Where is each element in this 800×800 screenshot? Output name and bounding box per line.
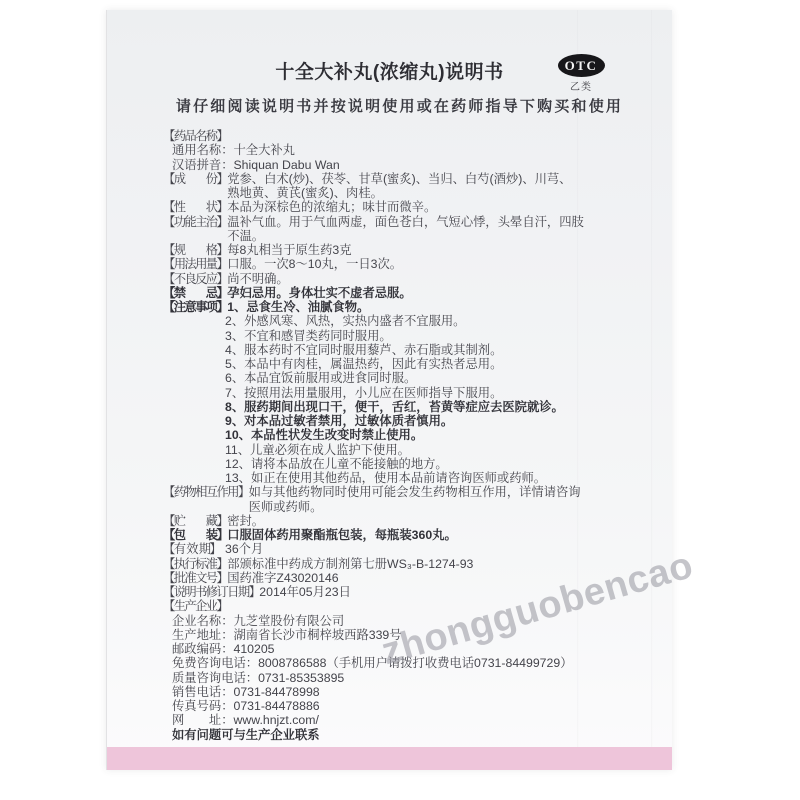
- otc-icon: OTC: [558, 54, 605, 77]
- section-text: 汉语拼音：Shiquan Dabu Wan: [172, 158, 657, 172]
- section-label: 【不良反应】: [163, 272, 227, 286]
- leaflet-row: 【功能主治】温补气血。用于气血两虚，面色苍白，气短心悸，头晕自汗，四肢 不温。: [163, 215, 657, 244]
- otc-badge: OTC 乙类: [555, 54, 607, 93]
- section-label: 【功能主治】: [163, 215, 227, 229]
- section-text: 党参、白术(炒)、茯苓、甘草(蜜炙)、当归、白芍(酒炒)、川芎、 熟地黄、黄芪(…: [227, 172, 657, 201]
- leaflet-row: 【禁 忌】孕妇忌用。身体壮实不虚者忌服。: [163, 286, 657, 300]
- leaflet-row: 【说明书修订日期】2014年05月23日: [163, 585, 657, 599]
- leaflet-row: 9、对本品过敏者禁用，过敏体质者慎用。: [163, 414, 657, 428]
- section-text: 36个月: [225, 542, 657, 556]
- section-text: 如有问题可与生产企业联系: [172, 728, 657, 742]
- leaflet-row: 11、儿童必须在成人监护下使用。: [163, 443, 657, 457]
- section-text: 国药准字Z43020146: [227, 571, 657, 585]
- section-text: 9、对本品过敏者禁用，过敏体质者慎用。: [225, 414, 657, 428]
- section-text: 通用名称：十全大补丸: [172, 143, 657, 157]
- section-text: 传真号码：0731-84478886: [172, 699, 657, 713]
- leaflet-row: 4、服本药时不宜同时服用藜芦、赤石脂或其制剂。: [163, 343, 657, 357]
- section-text: 如与其他药物同时使用可能会发生药物相互作用，详情请咨询 医师或药师。: [249, 485, 657, 514]
- section-text: 部颁标准中药成方制剂第七册WS₃-B-1274-93: [227, 557, 657, 571]
- section-text: 6、本品宜饭前服用或进食同时服。: [225, 371, 657, 385]
- section-label: 【生产企业】: [163, 599, 227, 613]
- leaflet-row: 【注意事项】1、忌食生冷、油腻食物。: [163, 300, 657, 314]
- screenshot-stage: 十全大补丸(浓缩丸)说明书 请仔细阅读说明书并按说明使用或在药师指导下购买和使用…: [0, 0, 800, 800]
- section-label: 【禁 忌】: [163, 286, 227, 300]
- section-text: 5、本品中有肉桂，属温热药，因此有实热者忌用。: [225, 357, 657, 371]
- leaflet-row: 销售电话：0731-84478998: [163, 685, 657, 699]
- otc-category-label: 乙类: [555, 78, 607, 93]
- leaflet-row: 7、按照用法用量服用，小儿应在医师指导下服用。: [163, 386, 657, 400]
- section-label: 【执行标准】: [163, 557, 227, 571]
- leaflet-row: 【药物相互作用】如与其他药物同时使用可能会发生药物相互作用，详情请咨询 医师或药…: [163, 485, 657, 514]
- leaflet-row: 6、本品宜饭前服用或进食同时服。: [163, 371, 657, 385]
- section-text: 1、忌食生冷、油腻食物。: [227, 300, 657, 314]
- leaflet-row: 【药品名称】: [163, 129, 657, 143]
- leaflet-row: 【用法用量】口服。一次8～10丸，一日3次。: [163, 257, 657, 271]
- section-label: 【规 格】: [163, 243, 227, 257]
- leaflet-row: 【有 效 期】36个月: [163, 542, 657, 556]
- section-text: 口服。一次8～10丸，一日3次。: [227, 257, 657, 271]
- leaflet-row: 3、不宜和感冒类药同时服用。: [163, 329, 657, 343]
- leaflet-row: 2、外感风寒、风热，实热内盛者不宜服用。: [163, 314, 657, 328]
- leaflet-row: 【贮 藏】密封。: [163, 514, 657, 528]
- leaflet-row: 【性 状】本品为深棕色的浓缩丸；味甘而微辛。: [163, 200, 657, 214]
- leaflet-row: 5、本品中有肉桂，属温热药，因此有实热者忌用。: [163, 357, 657, 371]
- leaflet-row: 汉语拼音：Shiquan Dabu Wan: [163, 158, 657, 172]
- leaflet-row: 企业名称：九芝堂股份有限公司: [163, 614, 657, 628]
- section-label: 【包 装】: [163, 528, 227, 542]
- section-text: 7、按照用法用量服用，小儿应在医师指导下服用。: [225, 386, 657, 400]
- section-text: 11、儿童必须在成人监护下使用。: [225, 443, 657, 457]
- leaflet-row: 【不良反应】尚不明确。: [163, 272, 657, 286]
- section-text: 本品为深棕色的浓缩丸；味甘而微辛。: [227, 200, 657, 214]
- section-text: 口服固体药用聚酯瓶包装，每瓶装360丸。: [227, 528, 657, 542]
- leaflet-row: 网 址：www.hnjzt.com/: [163, 713, 657, 727]
- section-text: 免费咨询电话：8008786588（手机用户请拨打收费电话0731-844997…: [172, 656, 657, 670]
- section-text: 企业名称：九芝堂股份有限公司: [172, 614, 657, 628]
- leaflet-paper: 十全大补丸(浓缩丸)说明书 请仔细阅读说明书并按说明使用或在药师指导下购买和使用…: [106, 10, 672, 770]
- leaflet-row: 【批准文号】国药准字Z43020146: [163, 571, 657, 585]
- section-text: 邮政编码：410205: [172, 642, 657, 656]
- section-text: 温补气血。用于气血两虚，面色苍白，气短心悸，头晕自汗，四肢 不温。: [227, 215, 657, 244]
- pink-footer-band: [107, 747, 672, 770]
- section-text: 10、本品性状发生改变时禁止使用。: [225, 428, 657, 442]
- section-text: 质量咨询电话：0731-85353895: [172, 671, 657, 685]
- section-text: 每8丸相当于原生药3克: [227, 243, 657, 257]
- leaflet-row: 生产地址：湖南省长沙市桐梓坡西路339号: [163, 628, 657, 642]
- leaflet-row: 【生产企业】: [163, 599, 657, 613]
- section-text: 12、请将本品放在儿童不能接触的地方。: [225, 457, 657, 471]
- leaflet-row: 免费咨询电话：8008786588（手机用户请拨打收费电话0731-844997…: [163, 656, 657, 670]
- leaflet-row: 10、本品性状发生改变时禁止使用。: [163, 428, 657, 442]
- leaflet-row: 【成 份】党参、白术(炒)、茯苓、甘草(蜜炙)、当归、白芍(酒炒)、川芎、 熟地…: [163, 172, 657, 201]
- leaflet-row: 通用名称：十全大补丸: [163, 143, 657, 157]
- section-text: 销售电话：0731-84478998: [172, 685, 657, 699]
- section-text: 8、服药期间出现口干，便干，舌红，苔黄等症应去医院就诊。: [225, 400, 657, 414]
- leaflet-row: 12、请将本品放在儿童不能接触的地方。: [163, 457, 657, 471]
- leaflet-row: 传真号码：0731-84478886: [163, 699, 657, 713]
- section-label: 【药品名称】: [163, 129, 227, 143]
- leaflet-row: 【执行标准】部颁标准中药成方制剂第七册WS₃-B-1274-93: [163, 557, 657, 571]
- section-text: 2、外感风寒、风热，实热内盛者不宜服用。: [225, 314, 657, 328]
- leaflet-row: 质量咨询电话：0731-85353895: [163, 671, 657, 685]
- leaflet-row: 【规 格】每8丸相当于原生药3克: [163, 243, 657, 257]
- section-label: 【有 效 期】: [163, 542, 225, 556]
- leaflet-row: 【包 装】口服固体药用聚酯瓶包装，每瓶装360丸。: [163, 528, 657, 542]
- section-text: 3、不宜和感冒类药同时服用。: [225, 329, 657, 343]
- document-subtitle: 请仔细阅读说明书并按说明使用或在药师指导下购买和使用: [107, 95, 672, 116]
- section-text: 孕妇忌用。身体壮实不虚者忌服。: [227, 286, 657, 300]
- section-label: 【成 份】: [163, 172, 227, 186]
- leaflet-row: 如有问题可与生产企业联系: [163, 728, 657, 742]
- section-label: 【性 状】: [163, 200, 227, 214]
- leaflet-row: 邮政编码：410205: [163, 642, 657, 656]
- section-label: 【药物相互作用】: [163, 485, 249, 499]
- section-text: 13、如正在使用其他药品，使用本品前请咨询医师或药师。: [225, 471, 657, 485]
- section-label: 【用法用量】: [163, 257, 227, 271]
- section-text: 2014年05月23日: [259, 585, 657, 599]
- section-label: 【说明书修订日期】: [163, 585, 259, 599]
- leaflet-row: 8、服药期间出现口干，便干，舌红，苔黄等症应去医院就诊。: [163, 400, 657, 414]
- section-text: 生产地址：湖南省长沙市桐梓坡西路339号: [172, 628, 657, 642]
- section-label: 【贮 藏】: [163, 514, 227, 528]
- section-text: 尚不明确。: [227, 272, 657, 286]
- section-text: 网 址：www.hnjzt.com/: [172, 713, 657, 727]
- leaflet-body: 【药品名称】通用名称：十全大补丸汉语拼音：Shiquan Dabu Wan【成 …: [163, 129, 657, 742]
- leaflet-row: 13、如正在使用其他药品，使用本品前请咨询医师或药师。: [163, 471, 657, 485]
- section-label: 【注意事项】: [163, 300, 227, 314]
- section-text: 密封。: [227, 514, 657, 528]
- section-text: 4、服本药时不宜同时服用藜芦、赤石脂或其制剂。: [225, 343, 657, 357]
- section-label: 【批准文号】: [163, 571, 227, 585]
